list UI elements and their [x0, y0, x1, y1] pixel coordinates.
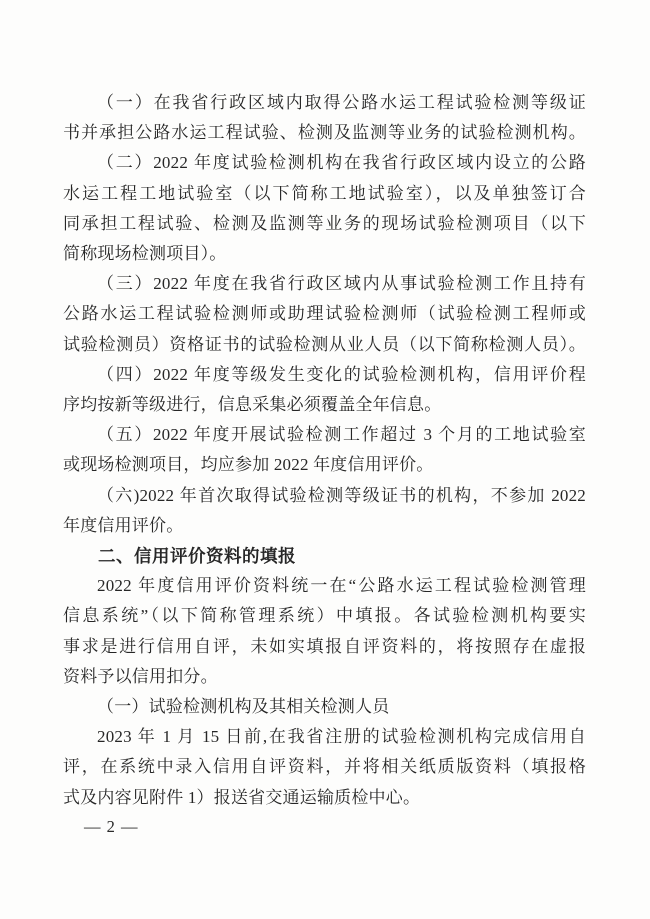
- paragraph-eligibility-5: （五）2022 年度开展试验检测工作超过 3 个月的工地试验室 或现场检测项目，…: [63, 420, 586, 480]
- text-line: 简称现场检测项目）。: [63, 239, 586, 269]
- text-line: 同承担工程试验、检测及监测等业务的现场试验检测项目（以下: [63, 209, 586, 239]
- paragraph-eligibility-6: （六)2022 年首次取得试验检测等级证书的机构，不参加 2022 年度信用评价…: [63, 481, 586, 541]
- paragraph-filing-3: 2023 年 1 月 15 日前,在我省注册的试验检测机构完成信用自 评，在系统…: [63, 722, 586, 813]
- text-line: （五）2022 年度开展试验检测工作超过 3 个月的工地试验室: [63, 420, 586, 450]
- text-line: 2023 年 1 月 15 日前,在我省注册的试验检测机构完成信用自: [63, 722, 586, 752]
- text-line: 2022 年度信用评价资料统一在“公路水运工程试验检测管理: [63, 571, 586, 601]
- text-line: 试验检测员）资格证书的试验检测从业人员（以下简称检测人员）。: [63, 330, 586, 360]
- text-line: （六)2022 年首次取得试验检测等级证书的机构，不参加 2022: [63, 481, 586, 511]
- page-number: — 2 —: [84, 812, 139, 842]
- text-line: （一）在我省行政区域内取得公路水运工程试验检测等级证: [63, 88, 586, 118]
- text-line: 年度信用评价。: [63, 511, 586, 541]
- paragraph-eligibility-1: （一）在我省行政区域内取得公路水运工程试验检测等级证 书并承担公路水运工程试验、…: [63, 88, 586, 148]
- text-line: 序均按新等级进行，信息采集必须覆盖全年信息。: [63, 390, 586, 420]
- paragraph-eligibility-2: （二）2022 年度试验检测机构在我省行政区域内设立的公路 水运工程工地试验室（…: [63, 148, 586, 269]
- text-line: （三）2022 年度在我省行政区域内从事试验检测工作且持有: [63, 269, 586, 299]
- text-line: （二）2022 年度试验检测机构在我省行政区域内设立的公路: [63, 148, 586, 178]
- text-line: 水运工程工地试验室（以下简称工地试验室），以及单独签订合: [63, 179, 586, 209]
- text-line: 公路水运工程试验检测师或助理试验检测师（试验检测工程师或: [63, 299, 586, 329]
- text-line: 或现场检测项目，均应参加 2022 年度信用评价。: [63, 450, 586, 480]
- text-line: 信息系统”（以下简称管理系统）中填报。各试验检测机构要实: [63, 601, 586, 631]
- text-line: 书并承担公路水运工程试验、检测及监测等业务的试验检测机构。: [63, 118, 586, 148]
- text-line: （一）试验检测机构及其相关检测人员: [63, 692, 586, 722]
- paragraph-filing-2: （一）试验检测机构及其相关检测人员: [63, 692, 586, 722]
- paragraph-eligibility-4: （四）2022 年度等级发生变化的试验检测机构，信用评价程 序均按新等级进行，信…: [63, 360, 586, 420]
- text-line: 评，在系统中录入信用自评资料，并将相关纸质版资料（填报格: [63, 752, 586, 782]
- document-page: （一）在我省行政区域内取得公路水运工程试验检测等级证 书并承担公路水运工程试验、…: [0, 0, 650, 919]
- section-heading-filing: 二、信用评价资料的填报: [63, 541, 586, 571]
- text-line: （四）2022 年度等级发生变化的试验检测机构，信用评价程: [63, 360, 586, 390]
- paragraph-eligibility-3: （三）2022 年度在我省行政区域内从事试验检测工作且持有 公路水运工程试验检测…: [63, 269, 586, 360]
- text-line: 资料予以信用扣分。: [63, 662, 586, 692]
- text-line: 式及内容见附件 1）报送省交通运输质检中心。: [63, 783, 586, 813]
- section-heading-text: 二、信用评价资料的填报: [63, 541, 586, 571]
- document-body: （一）在我省行政区域内取得公路水运工程试验检测等级证 书并承担公路水运工程试验、…: [63, 88, 586, 813]
- text-line: 事求是进行信用自评，未如实填报自评资料的，将按照存在虚报: [63, 632, 586, 662]
- paragraph-filing-1: 2022 年度信用评价资料统一在“公路水运工程试验检测管理 信息系统”（以下简称…: [63, 571, 586, 692]
